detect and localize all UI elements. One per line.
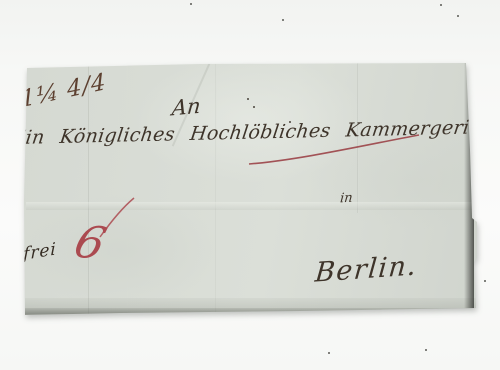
salutation-an: An [171, 94, 202, 121]
preposition-in: in [339, 191, 353, 207]
red-underline-flourish [245, 130, 425, 170]
postmark-date: 10 7 [0, 11, 104, 26]
red-6-tail-stroke [96, 195, 138, 239]
paper-right-edge-shadow [464, 63, 474, 309]
ink-speck [253, 106, 255, 108]
ink-speck [247, 98, 249, 100]
horizontal-fold-crease [26, 202, 476, 210]
letter-paper: 1¼ 4/4 EISENACH 10 7 An Ein Königliches … [0, 0, 500, 370]
vertical-fold-crease [215, 64, 217, 312]
postmark-town: EISENACH [0, 0, 104, 14]
paper-bottom-edge-shadow [25, 308, 477, 315]
franking-note-frei: frei [23, 239, 57, 265]
photo-of-folded-letter: 1¼ 4/4 EISENACH 10 7 An Ein Königliches … [0, 0, 500, 370]
postmark-stamp: EISENACH 10 7 [0, 0, 104, 26]
letter-cover: 1¼ 4/4 EISENACH 10 7 An Ein Königliches … [0, 0, 500, 370]
bottom-fold-shading [25, 298, 477, 314]
rate-marking-handwritten: 1¼ 4/4 [20, 69, 107, 113]
destination-berlin: Berlin. [314, 250, 419, 288]
vertical-fold-crease [88, 64, 90, 314]
